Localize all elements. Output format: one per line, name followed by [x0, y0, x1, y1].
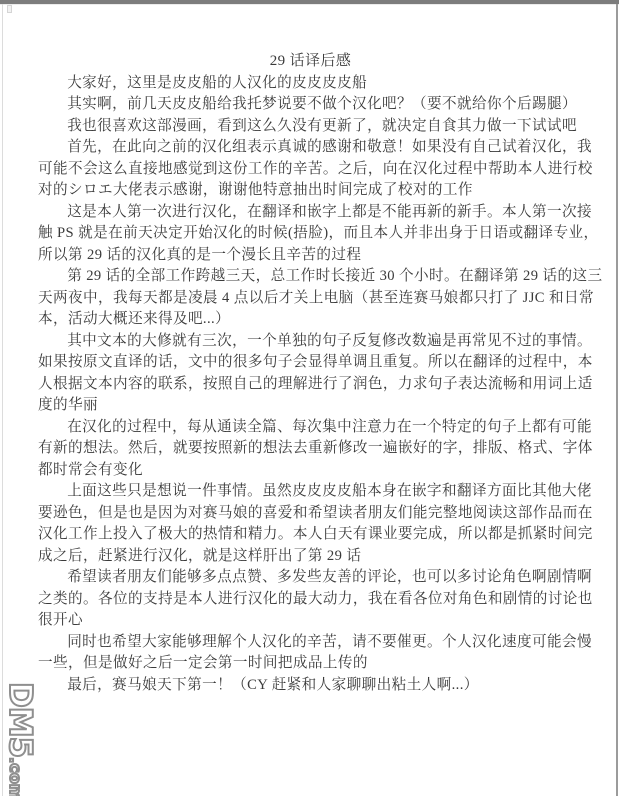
- text-line: 第 29 话的全部工作跨越三天，总工作时长接近 30 个小时。在翻译第 29 话…: [38, 266, 583, 288]
- text-line: 其实啊，前几天皮皮船给我托梦说要不做个汉化吧？（要不就给你个后踢腿）: [38, 94, 583, 116]
- text-line: 希望读者朋友们能够多点点赞、多发些友善的评论，也可以多讨论角色啊剧情啊: [38, 567, 583, 589]
- page-left-border: [2, 4, 3, 796]
- text-line: 首先，在此向之前的汉化组表示真诚的感谢和敬意！如果没有自己试着汉化，我: [38, 137, 583, 159]
- text-line: 天两夜中，我每天都是凌晨 4 点以后才关上电脑（甚至连赛马娘都只打了 JJC 和…: [38, 288, 583, 310]
- text-line: 之类的。各位的支持是本人进行汉化的最大动力，我在看各位对角色和剧情的讨论也: [38, 589, 583, 611]
- dm5-watermark-suffix: .com: [6, 757, 25, 796]
- corner-mark: [7, 5, 12, 13]
- page-right-border: [616, 4, 618, 796]
- dm5-watermark: DM5.com: [2, 682, 38, 796]
- text-line: 最后，赛马娘天下第一！（CY 赶紧和人家聊聊出粘土人啊...）: [38, 675, 583, 697]
- text-line: 成之后，赶紧进行汉化，就是这样肝出了第 29 话: [38, 546, 583, 568]
- text-line: 很开心: [38, 610, 583, 632]
- text-line: 有新的想法。然后，就要按照新的想法去重新修改一遍嵌好的字，排版、格式、字体: [38, 438, 583, 460]
- document-body: 大家好，这里是皮皮船的人汉化的皮皮皮皮船其实啊，前几天皮皮船给我托梦说要不做个汉…: [38, 73, 583, 697]
- text-line: 其中文本的大修就有三次，一个单独的句子反复修改数遍是再常见不过的事情。: [38, 331, 583, 353]
- text-line: 要逊色，但是也是因为对赛马娘的喜爱和希望读者朋友们能完整地阅读这部作品而在: [38, 503, 583, 525]
- text-line: 对的シロエ大佬表示感谢，谢谢他特意抽出时间完成了校对的工作: [38, 180, 583, 202]
- page-title: 29 话译后感: [38, 51, 583, 73]
- text-line: 在汉化的过程中，每从通读全篇、每次集中注意力在一个特定的句子上都有可能: [38, 417, 583, 439]
- text-line: 同时也希望大家能够理解个人汉化的辛苦，请不要催更。个人汉化速度可能会慢: [38, 632, 583, 654]
- window-top-bar: [0, 0, 619, 5]
- text-line: 我也很喜欢这部漫画，看到这么久没有更新了，就决定自食其力做一下试试吧: [38, 116, 583, 138]
- text-line: 这是本人第一次进行汉化，在翻译和嵌字上都是不能再新的新手。本人第一次接: [38, 202, 583, 224]
- text-line: 人根据文本内容的联系，按照自己的理解进行了润色，力求句子表达流畅和用词上适: [38, 374, 583, 396]
- text-line: 都时常会有变化: [38, 460, 583, 482]
- document-page: 29 话译后感 大家好，这里是皮皮船的人汉化的皮皮皮皮船其实啊，前几天皮皮船给我…: [38, 51, 583, 696]
- text-line: 度的华丽: [38, 395, 583, 417]
- text-line: 如果按原文直译的话，文中的很多句子会显得单调且重复。所以在翻译的过程中，本: [38, 352, 583, 374]
- text-line: 一些，但是做好之后一定会第一时间把成品上传的: [38, 653, 583, 675]
- text-line: 所以第 29 话的汉化真的是一个漫长且辛苦的过程: [38, 245, 583, 267]
- text-line: 本，活动大概还来得及吧...）: [38, 309, 583, 331]
- dm5-watermark-main: DM5: [2, 682, 38, 757]
- text-line: 触 PS 就是在前天决定开始汉化的时候(捂脸)，而且本人并非出身于日语或翻译专业…: [38, 223, 583, 245]
- text-line: 上面这些只是想说一件事情。虽然皮皮皮皮船本身在嵌字和翻译方面比其他大佬: [38, 481, 583, 503]
- text-line: 大家好，这里是皮皮船的人汉化的皮皮皮皮船: [38, 73, 583, 95]
- text-line: 可能不会这么直接地感觉到这份工作的辛苦。之后，向在汉化过程中帮助本人进行校: [38, 159, 583, 181]
- text-line: 汉化工作上投入了极大的热情和精力。本人白天有课业要完成，所以都是抓紧时间完: [38, 524, 583, 546]
